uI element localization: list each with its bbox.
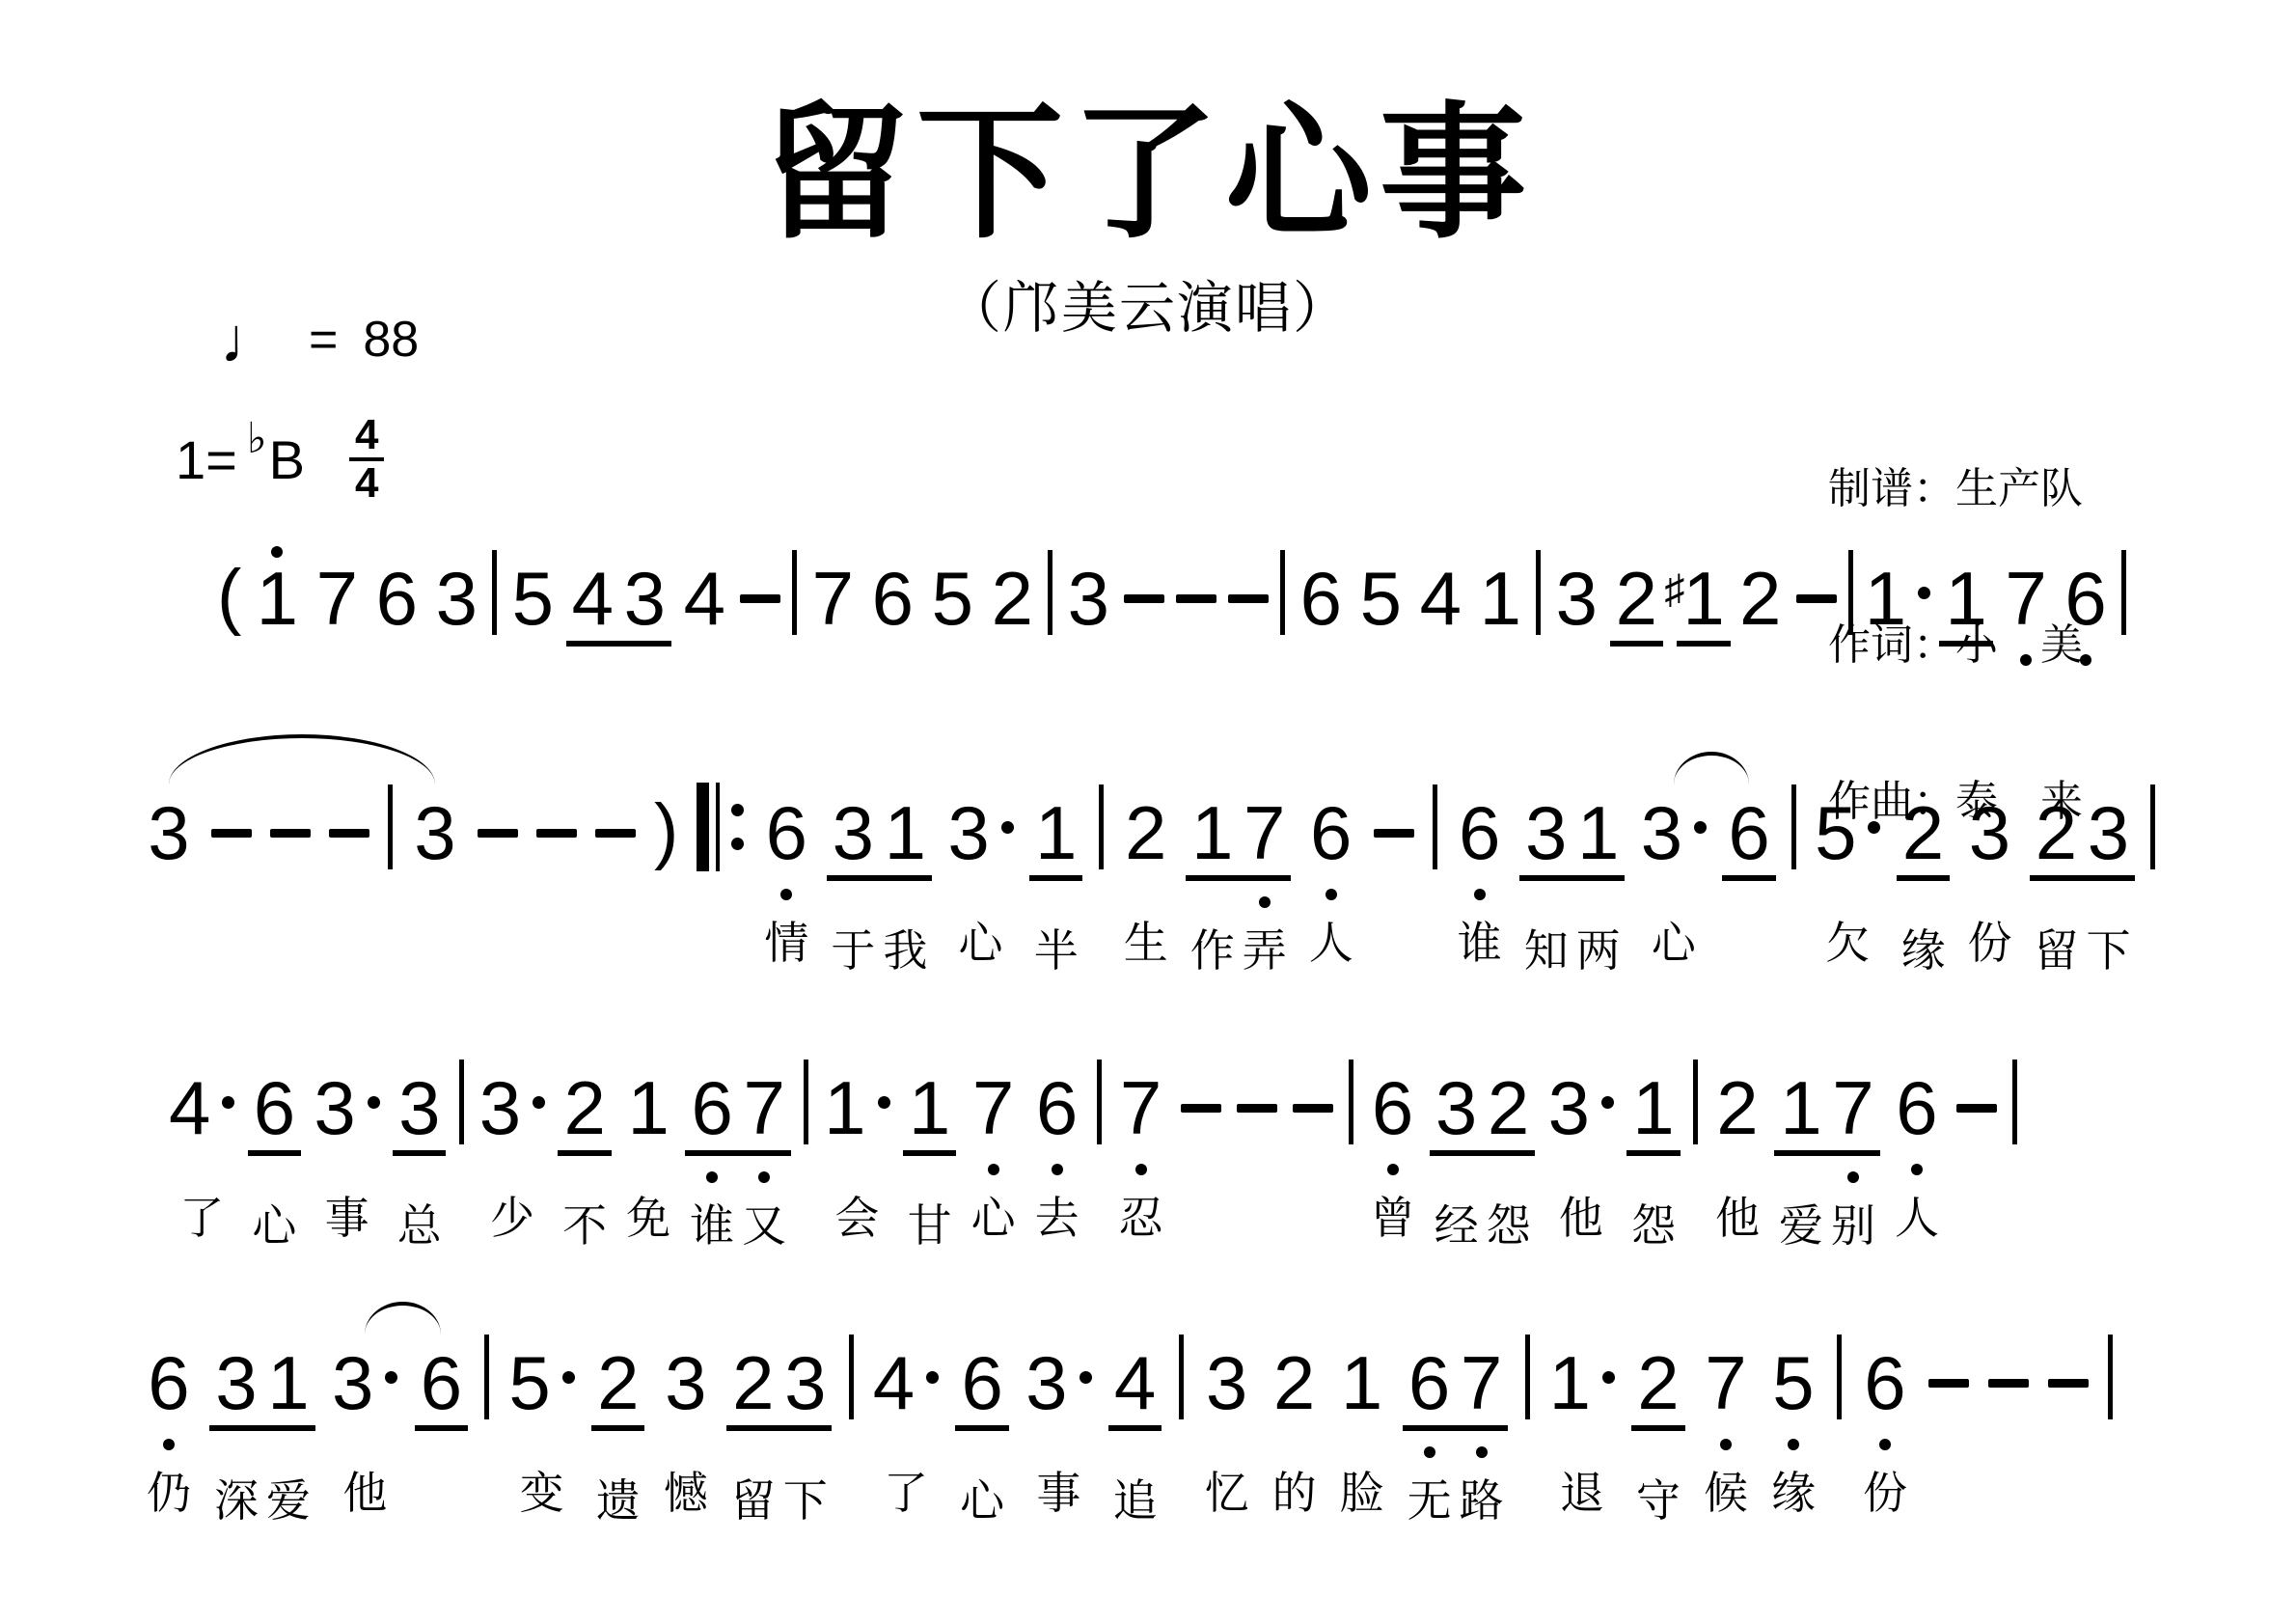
lyric-syllable: 我	[883, 923, 927, 981]
octave-dot-low	[1135, 1164, 1147, 1175]
tempo-marking: ♩ = 88	[220, 311, 419, 369]
note-token: 3份	[1965, 769, 2013, 974]
note-token: ♯1	[1664, 535, 1724, 752]
repeat-sign	[697, 783, 744, 871]
note-token: 3忆	[1203, 1319, 1251, 1524]
lyric-syllable: 又	[742, 1198, 786, 1256]
lyric-syllable: 谁	[690, 1198, 734, 1256]
note-token: 6情	[762, 769, 810, 974]
note-token: 6无	[1406, 1319, 1454, 1531]
note-token: 6	[2062, 535, 2110, 739]
barline	[1349, 1060, 1353, 1144]
lyric-syllable: 两	[1576, 923, 1621, 981]
note-token: 2守	[1634, 1319, 1682, 1531]
note-token: 7又	[740, 1044, 788, 1256]
lyric-syllable: 份	[1967, 916, 2011, 974]
lyric-syllable: 深	[214, 1473, 259, 1531]
note-token: 4了	[169, 1044, 234, 1249]
lyric-syllable: 留	[731, 1473, 776, 1531]
lyric-syllable: 追	[1113, 1473, 1158, 1531]
lyric-syllable: 经	[1435, 1198, 1479, 1256]
lyric-syllable: 人	[1895, 1191, 1939, 1249]
music-line: 6仍3深1爱3他65变2遗3憾2留3下4了6心3事4追3忆2的1脸6无7路1退2…	[145, 1319, 2113, 1531]
note-token: 3憾	[662, 1319, 710, 1524]
augmentation-dot	[1918, 587, 1930, 599]
lyric-syllable: 生	[1124, 916, 1168, 974]
note-token: 1爱	[1777, 1044, 1825, 1256]
lyric-syllable: 少	[490, 1191, 534, 1249]
credit-arranger: 制谱：生产队	[1828, 463, 2083, 515]
key-prefix: 1=	[176, 428, 237, 491]
lyric-syllable: 爱	[1779, 1198, 1823, 1256]
augmentation-dot	[533, 1096, 545, 1109]
note-token: 6	[417, 1319, 465, 1531]
note-token: 1脸	[1338, 1319, 1386, 1524]
dash-rest	[1928, 1379, 1969, 1388]
note-token: 7	[808, 535, 857, 739]
note-token: 5缘	[1769, 1319, 1818, 1524]
note-token: 2生	[1122, 769, 1170, 974]
note-token: 4	[1416, 535, 1464, 739]
lyric-syllable: 半	[1034, 923, 1079, 981]
note-token: 3少	[479, 1044, 545, 1249]
note-token: 3事	[1025, 1319, 1091, 1524]
note-token: 6谁	[688, 1044, 736, 1256]
note-token: 1	[253, 535, 301, 739]
lyric-syllable: 忍	[1119, 1191, 1163, 1249]
octave-dot-low	[1424, 1446, 1435, 1458]
augmentation-dot	[368, 1096, 380, 1109]
note-token: 6	[1297, 535, 1345, 739]
tempo-bpm: 88	[363, 311, 419, 369]
lyric-syllable: 份	[1863, 1466, 1907, 1524]
note-token: 6谁	[1456, 769, 1504, 974]
lyric-syllable: 他	[342, 1466, 387, 1524]
dash-rest	[1796, 594, 1837, 603]
note-token: 2留	[2032, 769, 2080, 981]
note-token: 6	[372, 535, 421, 739]
sheet-page: 留下了心事 （邝美云演唱） ♩ = 88 1= ♭ B 4 4 制谱：生产队 作…	[0, 0, 2296, 1624]
note-token: 7	[313, 535, 361, 739]
dash-rest	[1228, 594, 1269, 603]
note-token: 1半	[1032, 769, 1080, 981]
note-token: 1	[1476, 535, 1524, 739]
lyric-syllable: 他	[1715, 1191, 1760, 1249]
lyric-syllable: 憾	[664, 1466, 708, 1524]
dash-rest	[2048, 1379, 2089, 1388]
note-token: 7忍	[1117, 1044, 1165, 1249]
lyric-syllable: 缘	[1900, 923, 1945, 981]
lyric-syllable: 事	[1036, 1466, 1080, 1524]
note-token: 3	[432, 535, 480, 739]
dash-rest	[1237, 1104, 1277, 1113]
key-signature: 1= ♭ B 4 4	[176, 413, 384, 506]
dash-rest	[478, 829, 518, 838]
paren: )	[654, 790, 678, 871]
lyric-syllable: 心	[252, 1198, 296, 1256]
lyric-syllable: 心	[971, 1191, 1016, 1249]
barline	[1433, 784, 1437, 869]
flat-icon: ♭	[247, 414, 267, 463]
note-token: 3心	[1641, 769, 1707, 974]
octave-dot-low	[1911, 1164, 1923, 1175]
lyric-syllable: 甘	[908, 1198, 952, 1256]
augmentation-dot	[385, 1371, 397, 1384]
note-token: 3	[1552, 535, 1600, 739]
tie-arc	[365, 1302, 441, 1335]
barline	[2150, 784, 2155, 869]
barline	[1693, 1060, 1698, 1144]
note-token: 3	[1064, 535, 1112, 739]
lyric-syllable: 会	[834, 1191, 879, 1249]
lyric-syllable: 欠	[1825, 916, 1870, 974]
note-token: 3总	[396, 1044, 444, 1256]
note-token: 1我	[881, 769, 929, 981]
lyric-syllable: 下	[2086, 923, 2130, 981]
dash-rest	[1988, 1379, 2029, 1388]
note-token: 2他	[1713, 1044, 1762, 1249]
note-token: 7	[2002, 535, 2050, 739]
lyric-syllable: 缘	[1771, 1466, 1816, 1524]
octave-dot-low	[2020, 654, 2032, 666]
quarter-note-icon: ♩	[220, 311, 284, 369]
barline	[1837, 1335, 1842, 1419]
dash-rest	[1956, 1104, 1997, 1113]
note-token: 1怨	[1629, 1044, 1678, 1256]
augmentation-dot	[1601, 1096, 1614, 1109]
note-token: 3	[620, 535, 669, 747]
octave-dot-low	[1788, 1439, 1799, 1450]
barline	[484, 1335, 489, 1419]
octave-dot-low	[706, 1171, 718, 1183]
lyric-syllable: 心	[960, 1473, 1004, 1531]
note-token: 3他	[1548, 1044, 1614, 1249]
lyric-syllable: 弄	[1243, 923, 1287, 981]
barline	[2108, 1335, 2113, 1419]
dash-rest	[1124, 594, 1164, 603]
dash-rest	[1374, 829, 1414, 838]
octave-dot-low	[780, 889, 792, 900]
dash-rest	[536, 829, 577, 838]
note-token: 2不	[560, 1044, 609, 1256]
barline	[1848, 550, 1853, 635]
note-token: 3	[411, 769, 459, 974]
octave-dot-low	[1326, 889, 1337, 900]
lyric-syllable: 了	[179, 1191, 224, 1249]
note-token: 5变	[508, 1319, 574, 1524]
barline	[849, 1335, 854, 1419]
note-token: 3于	[829, 769, 877, 981]
augmentation-dot	[1868, 821, 1880, 834]
lyric-syllable: 作	[1190, 923, 1235, 981]
octave-dot-low	[1879, 1439, 1891, 1450]
note-token: 6心	[958, 1319, 1006, 1531]
note-token: 6份	[1861, 1319, 1909, 1524]
lyric-syllable: 去	[1035, 1191, 1080, 1249]
note-token: 6曾	[1369, 1044, 1417, 1249]
octave-dot-low	[163, 1439, 175, 1450]
octave-dot-low	[1052, 1164, 1063, 1175]
lyric-syllable: 了	[884, 1466, 928, 1524]
note-token: 1会	[824, 1044, 889, 1249]
barline	[1099, 784, 1104, 869]
note-token: 2	[1736, 535, 1785, 739]
octave-dot-low	[988, 1164, 999, 1175]
note-token: 3深	[212, 1319, 260, 1531]
lyric-syllable: 候	[1704, 1466, 1748, 1524]
note-token: 3知	[1522, 769, 1571, 981]
sharp-icon: ♯	[1664, 549, 1684, 630]
lyric-syllable: 事	[325, 1191, 369, 1249]
augmentation-dot	[1080, 1371, 1092, 1384]
note-token: 3经	[1433, 1044, 1481, 1256]
music-line: (1763543476523654132♯121176	[217, 535, 2126, 752]
augmentation-dot	[562, 1371, 575, 1384]
lyric-syllable: 免	[626, 1191, 670, 1249]
dash-rest	[1176, 594, 1216, 603]
dash-rest	[1293, 1104, 1333, 1113]
lyric-syllable: 变	[520, 1466, 564, 1524]
music-line: 4了6心3事3总3少2不1免6谁7又1会1甘7心6去7忍6曾3经2怨3他1怨2他…	[169, 1044, 2017, 1256]
note-token: 2的	[1271, 1319, 1319, 1524]
lyric-syllable: 心	[959, 916, 1003, 974]
barline	[1525, 1335, 1530, 1419]
lyric-syllable: 怨	[1631, 1198, 1676, 1256]
lyric-syllable: 守	[1636, 1473, 1681, 1531]
octave-dot-low	[1387, 1164, 1399, 1175]
note-token: 6	[868, 535, 916, 739]
note-token: 2遗	[594, 1319, 642, 1531]
note-token: 7候	[1702, 1319, 1750, 1524]
octave-dot-low	[758, 1171, 770, 1183]
dash-rest	[740, 594, 780, 603]
paren: (	[217, 556, 241, 637]
lyric-syllable: 仍	[147, 1466, 191, 1524]
note-token: 3	[145, 769, 193, 974]
note-token: 2缘	[1899, 769, 1947, 981]
note-token: 2	[1612, 535, 1660, 747]
barline	[1179, 1335, 1184, 1419]
lyric-syllable: 遗	[596, 1473, 641, 1531]
barline	[1791, 784, 1796, 869]
song-title: 留下了心事	[0, 56, 2296, 266]
lyric-syllable: 别	[1831, 1198, 1875, 1256]
lyric-syllable: 不	[562, 1198, 607, 1256]
note-token: 2	[988, 535, 1036, 739]
note-token: 1	[1865, 535, 1930, 739]
lyric-syllable: 知	[1524, 923, 1569, 981]
lyric-syllable: 心	[1652, 916, 1696, 974]
lyric-syllable: 怨	[1487, 1198, 1531, 1256]
lyric-syllable: 于	[831, 923, 875, 981]
lyric-syllable: 无	[1408, 1473, 1452, 1531]
note-token: 5	[928, 535, 976, 739]
note-token: 6人	[1307, 769, 1355, 974]
time-upper: 4	[349, 413, 384, 457]
note-token: 4了	[873, 1319, 939, 1524]
note-token: 7弄	[1241, 769, 1289, 981]
augmentation-dot	[1694, 821, 1707, 834]
barline	[388, 784, 393, 869]
note-token: 1作	[1189, 769, 1237, 981]
key-tonic: B	[269, 428, 305, 491]
barline	[792, 550, 797, 635]
augmentation-dot	[222, 1096, 234, 1109]
note-token: 3他	[332, 1319, 397, 1524]
note-token: 3下	[2084, 769, 2132, 981]
augmentation-dot	[926, 1371, 939, 1384]
note-token: 6人	[1893, 1044, 1941, 1249]
note-token: 4追	[1111, 1319, 1160, 1531]
augmentation-dot	[1602, 1371, 1615, 1384]
barline	[2121, 550, 2126, 635]
dash-rest	[595, 829, 636, 838]
note-token: 1爱	[264, 1319, 313, 1531]
note-token: 1免	[624, 1044, 672, 1249]
lyric-syllable: 爱	[266, 1473, 311, 1531]
note-token: 3事	[314, 1044, 379, 1249]
note-token: 5	[508, 535, 557, 739]
note-token: 4	[680, 535, 728, 739]
lyric-syllable: 留	[2034, 923, 2078, 981]
augmentation-dot	[1001, 821, 1014, 834]
lyric-syllable: 忆	[1205, 1466, 1249, 1524]
note-token: 1退	[1549, 1319, 1615, 1524]
music-line: 33)6情3于1我3心1半2生1作7弄6人6谁3知1两3心65欠2缘3份2留3下	[145, 769, 2155, 981]
time-lower: 4	[349, 457, 384, 506]
note-token: 3心	[947, 769, 1013, 974]
augmentation-dot	[878, 1096, 890, 1109]
note-token: 7心	[970, 1044, 1018, 1249]
note-token: 4	[568, 535, 616, 747]
note-token: 6去	[1033, 1044, 1081, 1249]
note-token: 3下	[781, 1319, 830, 1531]
octave-dot-low	[2080, 654, 2091, 666]
dash-rest	[270, 829, 311, 838]
note-token: 6心	[250, 1044, 298, 1256]
tie-arc	[1674, 752, 1749, 784]
note-token: 7别	[1829, 1044, 1877, 1256]
note-token: 6仍	[145, 1319, 193, 1524]
dash-rest	[329, 829, 369, 838]
lyric-syllable: 他	[1559, 1191, 1603, 1249]
barline	[804, 1060, 808, 1144]
barline	[1048, 550, 1052, 635]
barline	[1097, 1060, 1102, 1144]
lyric-syllable: 曾	[1371, 1191, 1415, 1249]
note-token: 5	[1356, 535, 1405, 739]
note-token: 1	[1942, 535, 1990, 747]
dash-rest	[1181, 1104, 1221, 1113]
lyric-syllable: 的	[1272, 1466, 1317, 1524]
note-token: 1两	[1574, 769, 1623, 981]
octave-dot-low	[1720, 1439, 1732, 1450]
note-token: 7路	[1458, 1319, 1506, 1531]
lyric-syllable: 下	[783, 1473, 828, 1531]
note-token: 5欠	[1815, 769, 1880, 974]
octave-dot-low	[1476, 1446, 1488, 1458]
lyric-syllable: 总	[397, 1198, 442, 1256]
note-token: 2留	[729, 1319, 778, 1531]
lyric-syllable: 脸	[1340, 1466, 1384, 1524]
note-token: 2怨	[1485, 1044, 1533, 1256]
time-signature: 4 4	[349, 413, 384, 506]
lyric-syllable: 路	[1460, 1473, 1504, 1531]
lyric-syllable: 人	[1309, 916, 1353, 974]
barline	[459, 1060, 464, 1144]
note-token: 1甘	[906, 1044, 954, 1256]
barline	[2012, 1060, 2017, 1144]
lyric-syllable: 退	[1560, 1466, 1604, 1524]
note-token: 6	[1725, 769, 1773, 981]
tempo-equals: =	[309, 311, 338, 369]
lyric-syllable: 情	[764, 916, 808, 974]
barline	[1280, 550, 1285, 635]
lyric-syllable: 谁	[1458, 916, 1502, 974]
octave-dot-low	[1847, 1171, 1859, 1183]
barline	[1536, 550, 1541, 635]
barline	[492, 550, 497, 635]
octave-dot-low	[1474, 889, 1486, 900]
dash-rest	[211, 829, 252, 838]
octave-dot-low	[1259, 896, 1271, 908]
